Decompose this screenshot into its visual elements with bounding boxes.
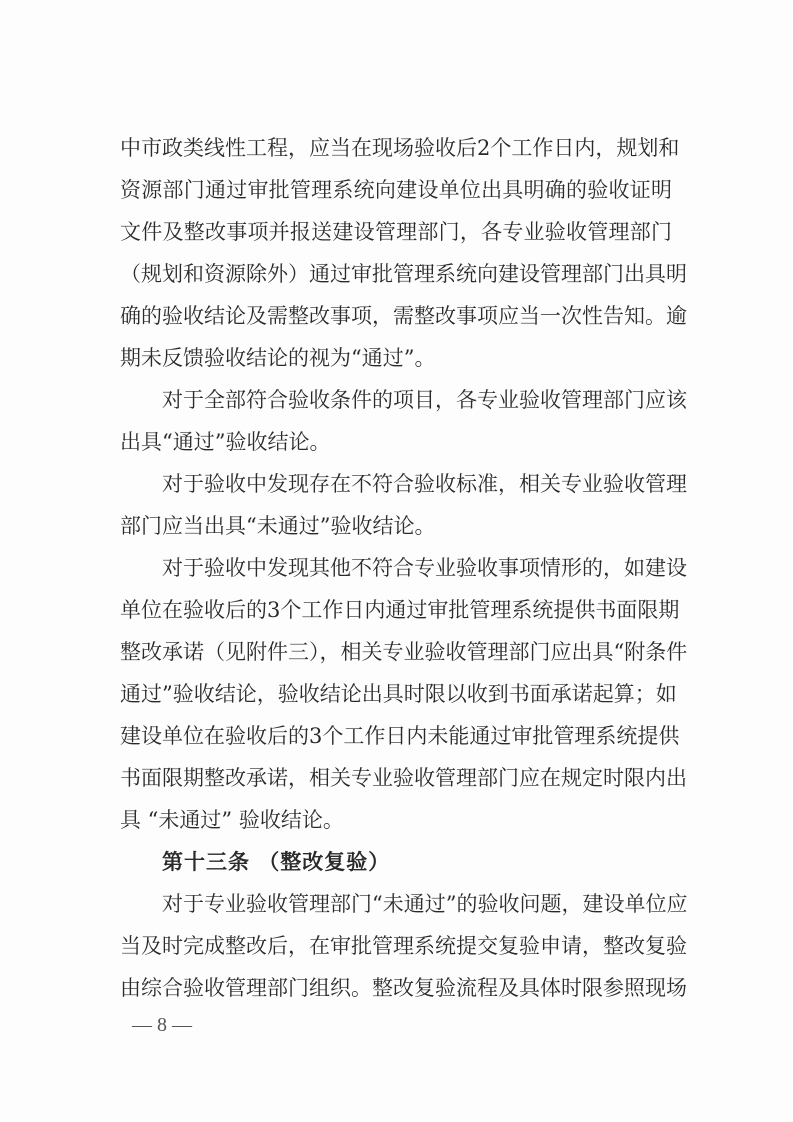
paragraph-line: 对于验收中发现其他不符合专业验收事项情形的，如建设 — [162, 553, 672, 583]
paragraph-line: 具 “未通过” 验收结论。 — [120, 805, 672, 835]
paragraph-line: 整改承诺（见附件三），相关专业验收管理部门应出具“附条件 — [120, 637, 672, 667]
article-heading: 第十三条 （整改复验） — [162, 847, 390, 877]
paragraph-line: 部门应当出具“未通过”验收结论。 — [120, 511, 672, 541]
paragraph-line: （规划和资源除外）通过审批管理系统向建设管理部门出具明 — [120, 259, 672, 289]
paragraph-line: 中市政类线性工程，应当在现场验收后2个工作日内，规划和 — [120, 133, 672, 163]
paragraph-line: 期未反馈验收结论的视为“通过”。 — [120, 343, 672, 373]
paragraph-line: 确的验收结论及需整改事项，需整改事项应当一次性告知。逾 — [120, 301, 672, 331]
paragraph-line: 单位在验收后的3个工作日内通过审批管理系统提供书面限期 — [120, 595, 672, 625]
paragraph-line: 通过”验收结论，验收结论出具时限以收到书面承诺起算；如 — [120, 679, 672, 709]
document-page: 中市政类线性工程，应当在现场验收后2个工作日内，规划和 资源部门通过审批管理系统… — [0, 0, 793, 1122]
paragraph-line: 当及时完成整改后，在审批管理系统提交复验申请，整改复验 — [120, 931, 672, 961]
paragraph-line: 建设单位在验收后的3个工作日内未能通过审批管理系统提供 — [120, 721, 672, 751]
paragraph-line: 对于全部符合验收条件的项目，各专业验收管理部门应该 — [162, 385, 672, 415]
paragraph-line: 文件及整改事项并报送建设管理部门，各专业验收管理部门 — [120, 217, 672, 247]
paragraph-line: 资源部门通过审批管理系统向建设单位出具明确的验收证明 — [120, 175, 672, 205]
page-number: — 8 — — [132, 1010, 192, 1040]
paragraph-line: 出具“通过”验收结论。 — [120, 427, 672, 457]
paragraph-line: 对于验收中发现存在不符合验收标准，相关专业验收管理 — [162, 469, 672, 499]
paragraph-line: 由综合验收管理部门组织。整改复验流程及具体时限参照现场 — [120, 973, 672, 1003]
paragraph-line: 对于专业验收管理部门“未通过”的验收问题，建设单位应 — [162, 889, 672, 919]
paragraph-line: 书面限期整改承诺，相关专业验收管理部门应在规定时限内出 — [120, 763, 672, 793]
